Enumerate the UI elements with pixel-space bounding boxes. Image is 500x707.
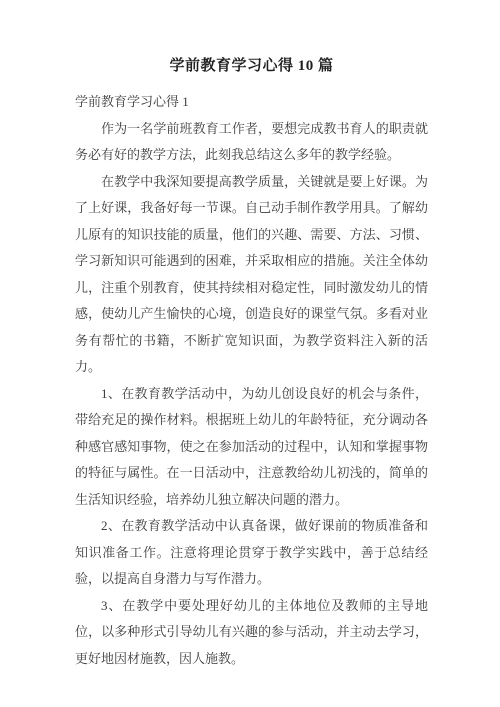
paragraph: 3、在教学中要处理好幼儿的主体地位及教师的主导地位，以多种形式引导幼儿有兴趣的参…	[75, 593, 428, 673]
paragraph: 作为一名学前班教育工作者，要想完成教书育人的职责就务必有好的教学方法，此刻我总结…	[75, 116, 428, 169]
section-heading: 学前教育学习心得 1	[75, 89, 428, 116]
paragraph: 在教学中我深知要提高教学质量，关键就是要上好课。为了上好课，我备好每一节课。自己…	[75, 169, 428, 381]
paragraph: 2、在教育教学活动中认真备课，做好课前的物质准备和知识准备工作。注意将理论贯穿于…	[75, 513, 428, 593]
document-page: 学前教育学习心得 10 篇 学前教育学习心得 1 作为一名学前班教育工作者，要想…	[0, 0, 500, 707]
paragraph: 1、在教育教学活动中，为幼儿创设良好的机会与条件，带给充足的操作材料。根据班上幼…	[75, 381, 428, 514]
document-title: 学前教育学习心得 10 篇	[75, 57, 428, 76]
